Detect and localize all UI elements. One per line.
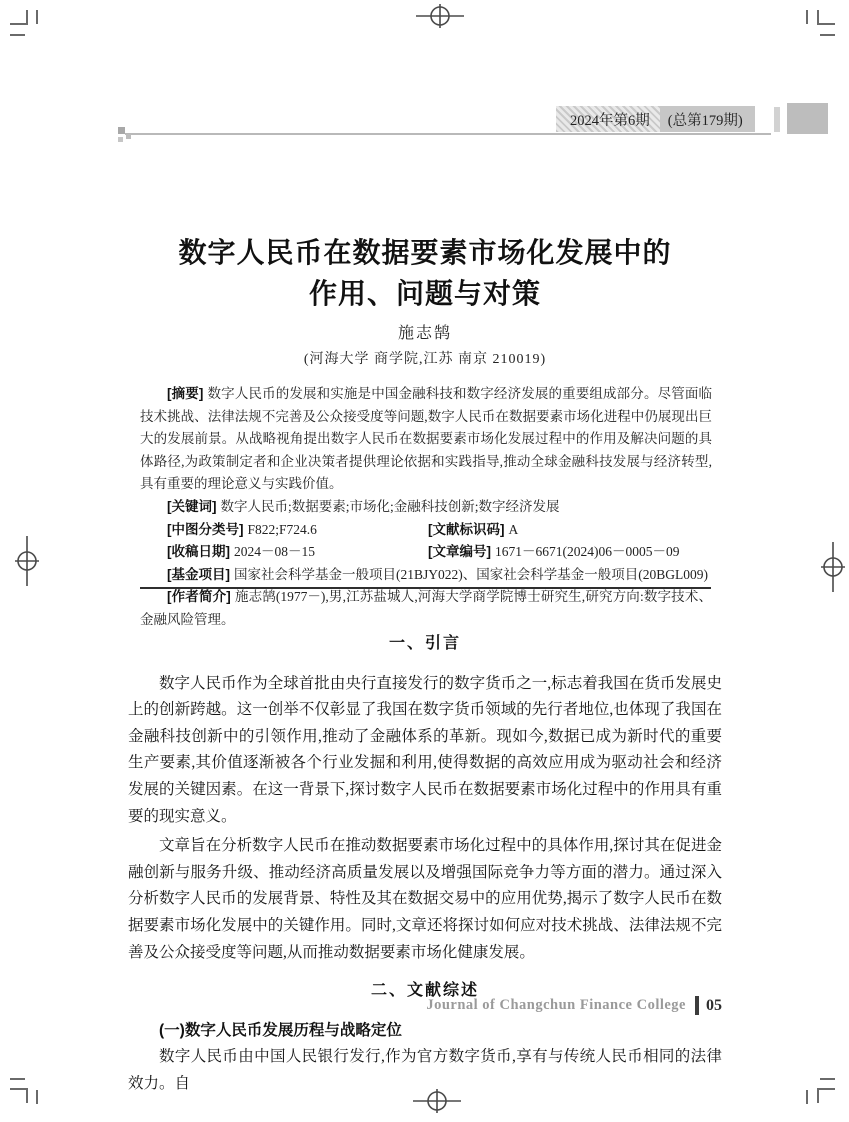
keywords-label: [关键词] bbox=[167, 499, 217, 514]
meta-row-dates: [收稿日期]2024－08－15 [文章编号]1671－6671(2024)06… bbox=[140, 541, 712, 564]
abstract-label: [摘要] bbox=[167, 386, 203, 401]
section-heading-introduction: 一、引言 bbox=[128, 631, 722, 658]
fund-paragraph: [基金项目]国家社会科学基金一般项目(21BJY022)、国家社会科学基金一般项… bbox=[140, 564, 712, 587]
article-id-label: [文章编号] bbox=[428, 544, 491, 559]
body-paragraph: 数字人民币作为全球首批由央行直接发行的数字货币之一,标志着我国在货币发展史上的创… bbox=[128, 671, 722, 831]
clc-value: F822;F724.6 bbox=[248, 522, 317, 537]
received-label: [收稿日期] bbox=[167, 544, 230, 559]
article-body: 一、引言 数字人民币作为全球首批由央行直接发行的数字货币之一,标志着我国在货币发… bbox=[128, 631, 722, 1101]
received-field: [收稿日期]2024－08－15 bbox=[140, 541, 428, 564]
issue-text: 2024年第6期 bbox=[570, 109, 650, 130]
keywords-text: 数字人民币;数据要素;市场化;金融科技创新;数字经济发展 bbox=[221, 499, 560, 514]
header-block-decoration bbox=[787, 103, 828, 134]
article-id-value: 1671－6671(2024)06－0005－09 bbox=[495, 544, 680, 559]
fund-text: 国家社会科学基金一般项目(21BJY022)、国家社会科学基金一般项目(20BG… bbox=[234, 567, 708, 582]
clc-label: [中图分类号] bbox=[167, 522, 244, 537]
header-pixel-decoration bbox=[118, 137, 123, 142]
author-affiliation: (河海大学 商学院,江苏 南京 210019) bbox=[110, 348, 740, 368]
bio-paragraph: [作者简介]施志鹄(1977－),男,江苏盐城人,河海大学商学院博士研究生,研究… bbox=[140, 586, 712, 631]
paper-page: 2024年第6期 (总第179期) 数字人民币在数据要素市场化发展中的 作用、问… bbox=[0, 0, 849, 1122]
body-paragraph: 文章旨在分析数字人民币在推动数据要素市场化过程中的具体作用,探讨其在促进金融创新… bbox=[128, 833, 722, 966]
body-paragraph: 数字人民币由中国人民银行发行,作为官方数字货币,享有与传统人民币相同的法律效力。… bbox=[128, 1044, 722, 1097]
article-id-field: [文章编号]1671－6671(2024)06－0005－09 bbox=[428, 541, 712, 564]
author-name: 施志鹄 bbox=[110, 320, 740, 343]
issue-label: 2024年第6期 bbox=[556, 106, 660, 132]
page-number: 05 bbox=[706, 997, 722, 1015]
footer-bar-decoration bbox=[695, 996, 699, 1015]
doc-code-field: [文献标识码]A bbox=[428, 519, 712, 542]
header-strip-decoration bbox=[774, 107, 780, 132]
fund-label: [基金项目] bbox=[167, 567, 230, 582]
meta-block: [摘要]数字人民币的发展和实施是中国金融科技和数字经济发展的重要组成部分。尽管面… bbox=[140, 383, 712, 632]
abstract-text: 数字人民币的发展和实施是中国金融科技和数字经济发展的重要组成部分。尽管面临技术挑… bbox=[140, 386, 712, 491]
meta-divider-rule bbox=[140, 587, 711, 589]
registration-mark-left-middle bbox=[14, 536, 40, 586]
paper-title-line1: 数字人民币在数据要素市场化发展中的 bbox=[110, 232, 740, 273]
doc-code-label: [文献标识码] bbox=[428, 522, 505, 537]
keywords-paragraph: [关键词]数字人民币;数据要素;市场化;金融科技创新;数字经济发展 bbox=[140, 496, 712, 519]
doc-code-value: A bbox=[509, 522, 519, 537]
clc-field: [中图分类号]F822;F724.6 bbox=[140, 519, 428, 542]
paper-title: 数字人民币在数据要素市场化发展中的 作用、问题与对策 bbox=[110, 232, 740, 314]
header-pixel-decoration bbox=[118, 127, 125, 134]
volume-label: (总第179期) bbox=[660, 106, 755, 132]
issue-header-bar: 2024年第6期 (总第179期) bbox=[556, 106, 755, 132]
page-footer: Journal of Changchun Finance College 05 bbox=[128, 996, 722, 1015]
registration-mark-top-center bbox=[416, 3, 464, 29]
bio-label: [作者简介] bbox=[167, 589, 231, 604]
volume-text: (总第179期) bbox=[668, 109, 743, 130]
header-pixel-decoration bbox=[126, 134, 131, 139]
meta-row-classification: [中图分类号]F822;F724.6 [文献标识码]A bbox=[140, 519, 712, 542]
abstract-paragraph: [摘要]数字人民币的发展和实施是中国金融科技和数字经济发展的重要组成部分。尽管面… bbox=[140, 383, 712, 496]
journal-name: Journal of Changchun Finance College bbox=[426, 997, 686, 1014]
paper-title-line2: 作用、问题与对策 bbox=[110, 273, 740, 314]
subsection-heading: (一)数字人民币发展历程与战略定位 bbox=[128, 1018, 722, 1045]
registration-mark-right-middle bbox=[820, 542, 846, 592]
header-rule bbox=[125, 133, 771, 135]
received-value: 2024－08－15 bbox=[234, 544, 315, 559]
